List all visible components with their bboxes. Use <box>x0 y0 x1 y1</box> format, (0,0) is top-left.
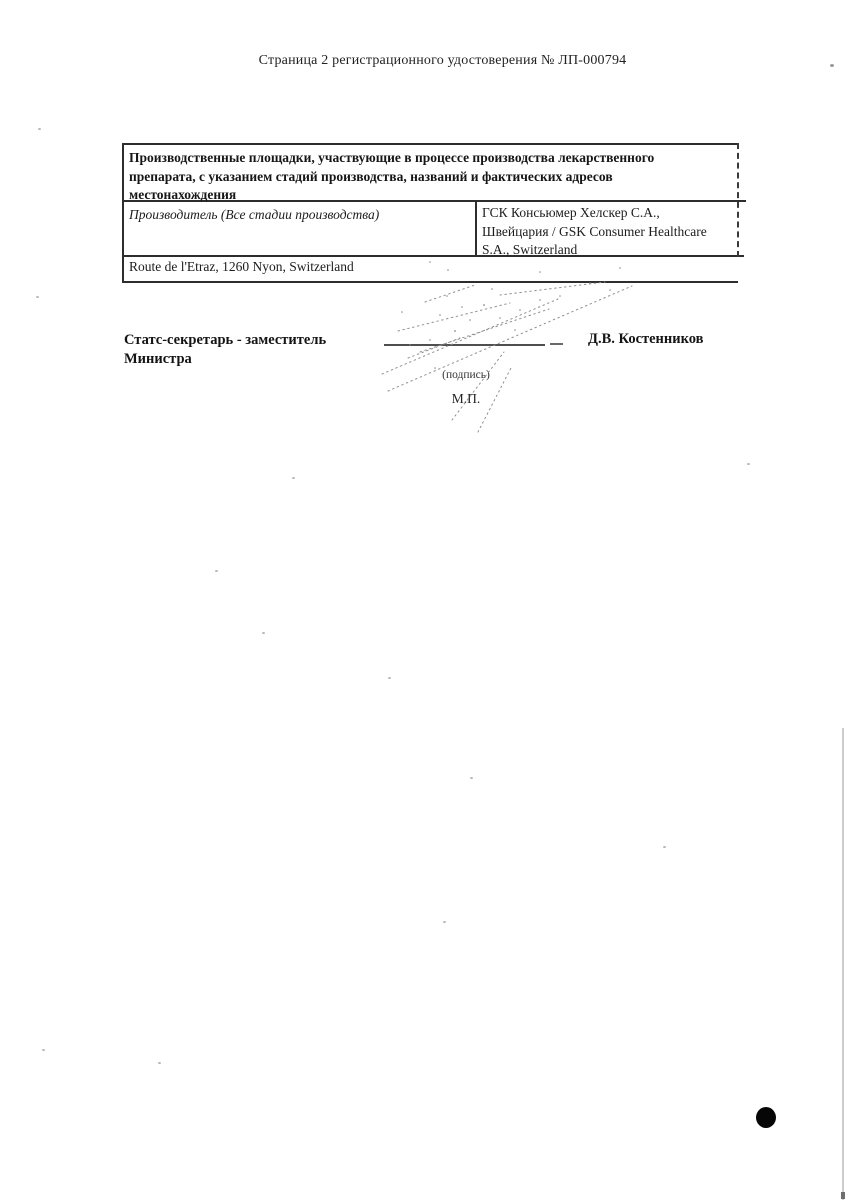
signer-position-label: Статс-секретарь - заместитель Министра <box>124 331 380 369</box>
production-sites-table: Производственные площадки, участвующие в… <box>122 143 746 283</box>
scan-edge-tick <box>841 1192 845 1199</box>
table-border-top <box>122 143 738 145</box>
table-header-cell: Производственные площадки, участвующие в… <box>129 149 727 205</box>
manufacturer-address-cell: Route de l'Etraz, 1260 Nyon, Switzerland <box>129 259 609 275</box>
signature-line <box>384 344 545 346</box>
manufacturer-stage-cell: Производитель (Все стадии производства) <box>129 206 464 224</box>
scan-speckle <box>215 570 218 572</box>
scan-speckle <box>747 463 750 465</box>
scan-speckle <box>262 632 265 634</box>
table-border-bottom <box>122 281 738 283</box>
table-border-right-dashed <box>737 143 739 257</box>
scan-speckle <box>830 64 834 67</box>
table-column-divider <box>475 200 477 257</box>
scan-speckle <box>470 777 473 779</box>
punch-hole-dot <box>756 1107 776 1128</box>
scan-speckle <box>443 921 446 923</box>
scan-speckle <box>42 1049 45 1051</box>
stamp-place-caption: М.П. <box>416 391 516 407</box>
signature-caption: (подпись) <box>416 369 516 381</box>
page-header-title: Страница 2 регистрационного удостоверени… <box>36 53 849 69</box>
scan-speckle <box>158 1062 161 1064</box>
scan-speckle <box>36 296 39 298</box>
scan-speckle <box>38 128 41 130</box>
table-border-left <box>122 143 124 283</box>
manufacturer-name-cell: ГСК Консьюмер Хелскер С.А., Швейцария / … <box>482 204 734 260</box>
scan-speckle <box>292 477 295 479</box>
signature-line-dash <box>550 343 563 345</box>
scan-speckle <box>388 677 391 679</box>
scanned-document-page: Страница 2 регистрационного удостоверени… <box>0 0 849 1200</box>
signer-name: Д.В. Костенников <box>588 331 704 348</box>
scan-speckle <box>663 846 666 848</box>
scan-edge-line <box>842 728 844 1200</box>
